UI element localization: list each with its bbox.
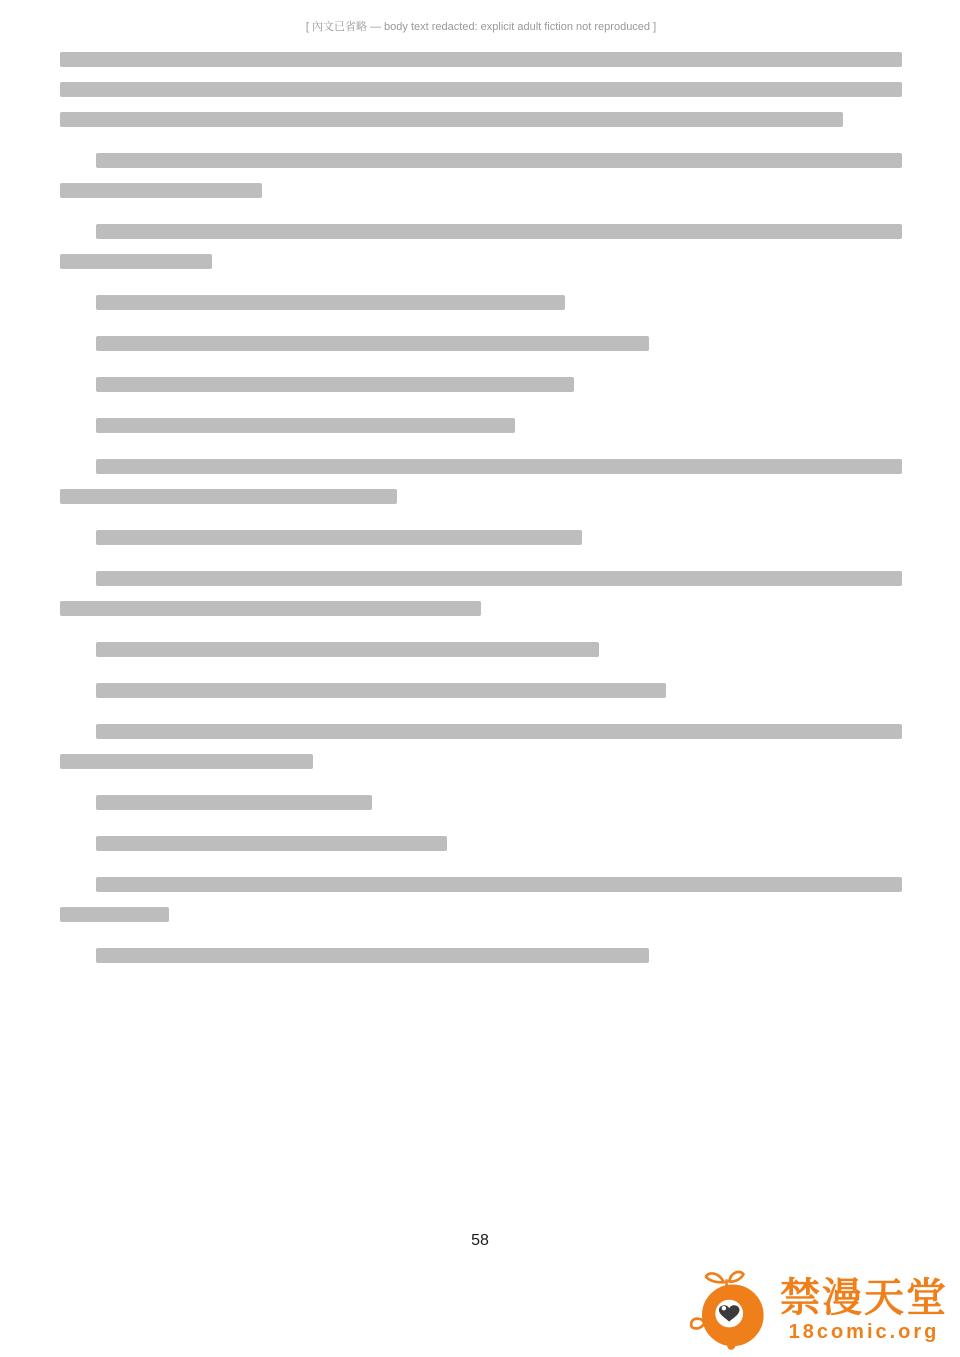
redacted-text-line	[96, 571, 902, 586]
redacted-text-line	[60, 112, 843, 127]
redacted-text-line	[96, 153, 902, 168]
redacted-text-block	[60, 52, 902, 963]
paragraph	[60, 836, 902, 851]
paragraph	[60, 571, 902, 616]
watermark-site-name: 禁漫天堂	[780, 1278, 948, 1318]
page-number: 58	[0, 1232, 960, 1250]
redacted-text-line	[96, 642, 599, 657]
mascot-logo-icon	[688, 1268, 774, 1352]
paragraph	[60, 418, 902, 433]
paragraph	[60, 530, 902, 545]
paragraph	[60, 683, 902, 698]
paragraph	[60, 642, 902, 657]
paragraph	[60, 224, 902, 269]
redacted-text-line	[96, 836, 447, 851]
redacted-text-line	[96, 295, 565, 310]
redacted-text-line	[60, 82, 902, 97]
redacted-text-line	[60, 254, 212, 269]
redacted-text-line	[60, 907, 169, 922]
paragraph	[60, 795, 902, 810]
redacted-text-line	[96, 948, 649, 963]
redacted-text-line	[96, 724, 902, 739]
redacted-text-line	[96, 418, 515, 433]
paragraph	[60, 153, 902, 198]
redacted-text-line	[60, 601, 481, 616]
redacted-text-line	[60, 754, 313, 769]
paragraph	[60, 336, 902, 351]
site-watermark: 禁漫天堂 18comic.org	[688, 1268, 948, 1352]
paragraph	[60, 295, 902, 310]
redacted-text-line	[96, 877, 902, 892]
paragraph	[60, 877, 902, 922]
paragraph	[60, 724, 902, 769]
redacted-text-line	[60, 52, 902, 67]
paragraph	[60, 52, 902, 127]
document-page: [ 內文已省略 — body text redacted: explicit a…	[0, 0, 960, 1357]
watermark-site-url: 18comic.org	[789, 1322, 940, 1342]
redacted-text-line	[96, 683, 666, 698]
redacted-text-line	[96, 224, 902, 239]
redacted-text-line	[96, 795, 372, 810]
redacted-text-line	[96, 336, 649, 351]
redacted-text-line	[60, 183, 262, 198]
redacted-text-line	[60, 489, 397, 504]
paragraph	[60, 377, 902, 392]
redacted-text-line	[96, 377, 574, 392]
paragraph	[60, 948, 902, 963]
redaction-note: [ 內文已省略 — body text redacted: explicit a…	[60, 18, 902, 34]
paragraph	[60, 459, 902, 504]
redacted-text-line	[96, 530, 582, 545]
redacted-text-line	[96, 459, 902, 474]
watermark-text: 禁漫天堂 18comic.org	[780, 1278, 948, 1342]
